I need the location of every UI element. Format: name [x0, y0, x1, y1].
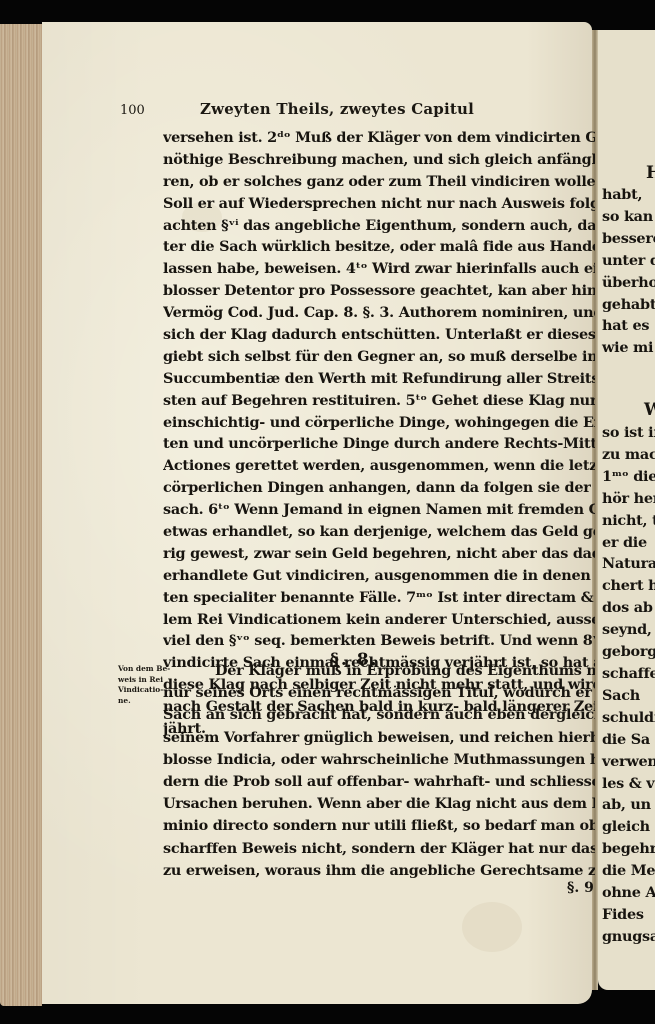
- catchword: §. 9: [567, 880, 594, 896]
- text-line: giebt sich selbst für den Gegner an, so …: [163, 346, 595, 368]
- text-line: dos ab: [602, 597, 655, 619]
- running-head: 100 Zweyten Theils, zweytes Capitul: [120, 100, 550, 118]
- text-line: seynd,: [602, 619, 655, 641]
- right-initial-2: W: [644, 400, 655, 420]
- text-line: dern die Prob soll auf offenbar- wahrhaf…: [163, 771, 595, 793]
- text-line: besseres: [602, 228, 655, 250]
- text-line: Actiones gerettet werden, ausgenommen, w…: [163, 455, 595, 477]
- text-line: scharffen Beweis nicht, sondern der Kläg…: [163, 838, 595, 860]
- text-line: überhol: [602, 272, 655, 294]
- text-line: Sach: [602, 685, 655, 707]
- right-block-2: so ist inzu mac1ᵐᵒ diehör hernicht, ter …: [602, 422, 655, 948]
- text-line: ten und uncörperliche Dinge durch andere…: [163, 433, 595, 455]
- text-line: begehre: [602, 838, 655, 860]
- text-line: Sach an sich gebracht hat, sondern auch …: [163, 704, 595, 726]
- text-line: hat es: [602, 315, 655, 337]
- text-line: nicht, t: [602, 510, 655, 532]
- text-line: Vermög Cod. Jud. Cap. 8. §. 3. Authorem …: [163, 302, 595, 324]
- page-fore-edge: [0, 24, 42, 1006]
- right-initial-1: H: [646, 163, 655, 183]
- text-line: zu mac: [602, 444, 655, 466]
- paragraph-2: Der Kläger muß in Erprobung des Eigenthu…: [163, 660, 595, 882]
- text-line: so ist in: [602, 422, 655, 444]
- text-line: er die: [602, 532, 655, 554]
- text-line: geborgt: [602, 641, 655, 663]
- text-line: versehen ist. 2ᵈᵒ Muß der Kläger von dem…: [163, 127, 595, 149]
- text-line: hör her: [602, 488, 655, 510]
- text-line: verwen: [602, 751, 655, 773]
- text-line: rig gewest, zwar sein Geld begehren, nic…: [163, 543, 595, 565]
- text-line: schaffen: [602, 663, 655, 685]
- text-line: chert h: [602, 575, 655, 597]
- text-line: sten auf Begehren restituiren. 5ᵗᵒ Gehet…: [163, 390, 595, 412]
- text-line: schuldig: [602, 707, 655, 729]
- page-number: 100: [120, 103, 200, 118]
- text-line: unter d: [602, 250, 655, 272]
- text-line: lassen habe, beweisen. 4ᵗᵒ Wird zwar hie…: [163, 258, 595, 280]
- running-head-title: Zweyten Theils, zweytes Capitul: [200, 100, 474, 118]
- text-line: ohne A: [602, 882, 655, 904]
- paper-stain: [462, 902, 522, 952]
- text-line: ren, ob er solches ganz oder zum Theil v…: [163, 171, 595, 193]
- text-line: minio directo sondern nur utili fließt, …: [163, 815, 595, 837]
- text-line: erhandlete Gut vindiciren, ausgenommen d…: [163, 565, 595, 587]
- text-line: habt,: [602, 184, 655, 206]
- text-line: ten specialiter benannte Fälle. 7ᵐᵒ Ist …: [163, 587, 595, 609]
- text-line: so kan: [602, 206, 655, 228]
- text-line: gehabte: [602, 294, 655, 316]
- text-line: nur seines Orts einen rechtmässigen Titu…: [163, 682, 595, 704]
- text-line: ter die Sach würklich besitze, oder malâ…: [163, 236, 595, 258]
- text-line: sach. 6ᵗᵒ Wenn Jemand in eignen Namen mi…: [163, 499, 595, 521]
- text-line: cörperlichen Dingen anhangen, dann da fo…: [163, 477, 595, 499]
- text-line: Succumbentiæ den Werth mit Refundirung a…: [163, 368, 595, 390]
- text-line: zu erweisen, woraus ihm die angebliche G…: [163, 860, 595, 882]
- text-line: achten §ᵛⁱ das angebliche Eigenthum, son…: [163, 215, 595, 237]
- text-line: einschichtig- und cörperliche Dinge, woh…: [163, 412, 595, 434]
- right-block-1: habt,so kanbesseresunter düberholgehabte…: [602, 184, 655, 359]
- text-line: Soll er auf Wiedersprechen nicht nur nac…: [163, 193, 595, 215]
- text-line: blosser Detentor pro Possessore geachtet…: [163, 280, 595, 302]
- text-line: die Me: [602, 860, 655, 882]
- text-line: les & v: [602, 773, 655, 795]
- text-line: Der Kläger muß in Erprobung des Eigenthu…: [163, 660, 595, 682]
- text-line: Natura: [602, 553, 655, 575]
- text-line: nöthige Beschreibung machen, und sich gl…: [163, 149, 595, 171]
- text-line: ab, un: [602, 794, 655, 816]
- text-line: lem Rei Vindicationem kein anderer Unter…: [163, 609, 595, 631]
- text-line: wie mi: [602, 337, 655, 359]
- text-line: seinem Vorfahrer gnüglich beweisen, und …: [163, 727, 595, 749]
- text-line: Fides: [602, 904, 655, 926]
- text-line: viel den §ᵛᵒ seq. bemerkten Beweis betri…: [163, 630, 595, 652]
- paragraph-1: versehen ist. 2ᵈᵒ Muß der Kläger von dem…: [163, 127, 595, 740]
- book-scan: H habt,so kanbesseresunter düberholgehab…: [0, 0, 655, 1024]
- text-line: die Sa: [602, 729, 655, 751]
- right-page-fragment: H habt,so kanbesseresunter düberholgehab…: [598, 30, 655, 990]
- text-line: etwas erhandlet, so kan derjenige, welch…: [163, 521, 595, 543]
- text-line: gnugsa: [602, 926, 655, 948]
- text-line: blosse Indicia, oder wahrscheinliche Mut…: [163, 749, 595, 771]
- text-line: gleich i: [602, 816, 655, 838]
- text-line: 1ᵐᵒ die: [602, 466, 655, 488]
- text-line: Ursachen beruhen. Wenn aber die Klag nic…: [163, 793, 595, 815]
- text-line: sich der Klag dadurch entschütten. Unter…: [163, 324, 595, 346]
